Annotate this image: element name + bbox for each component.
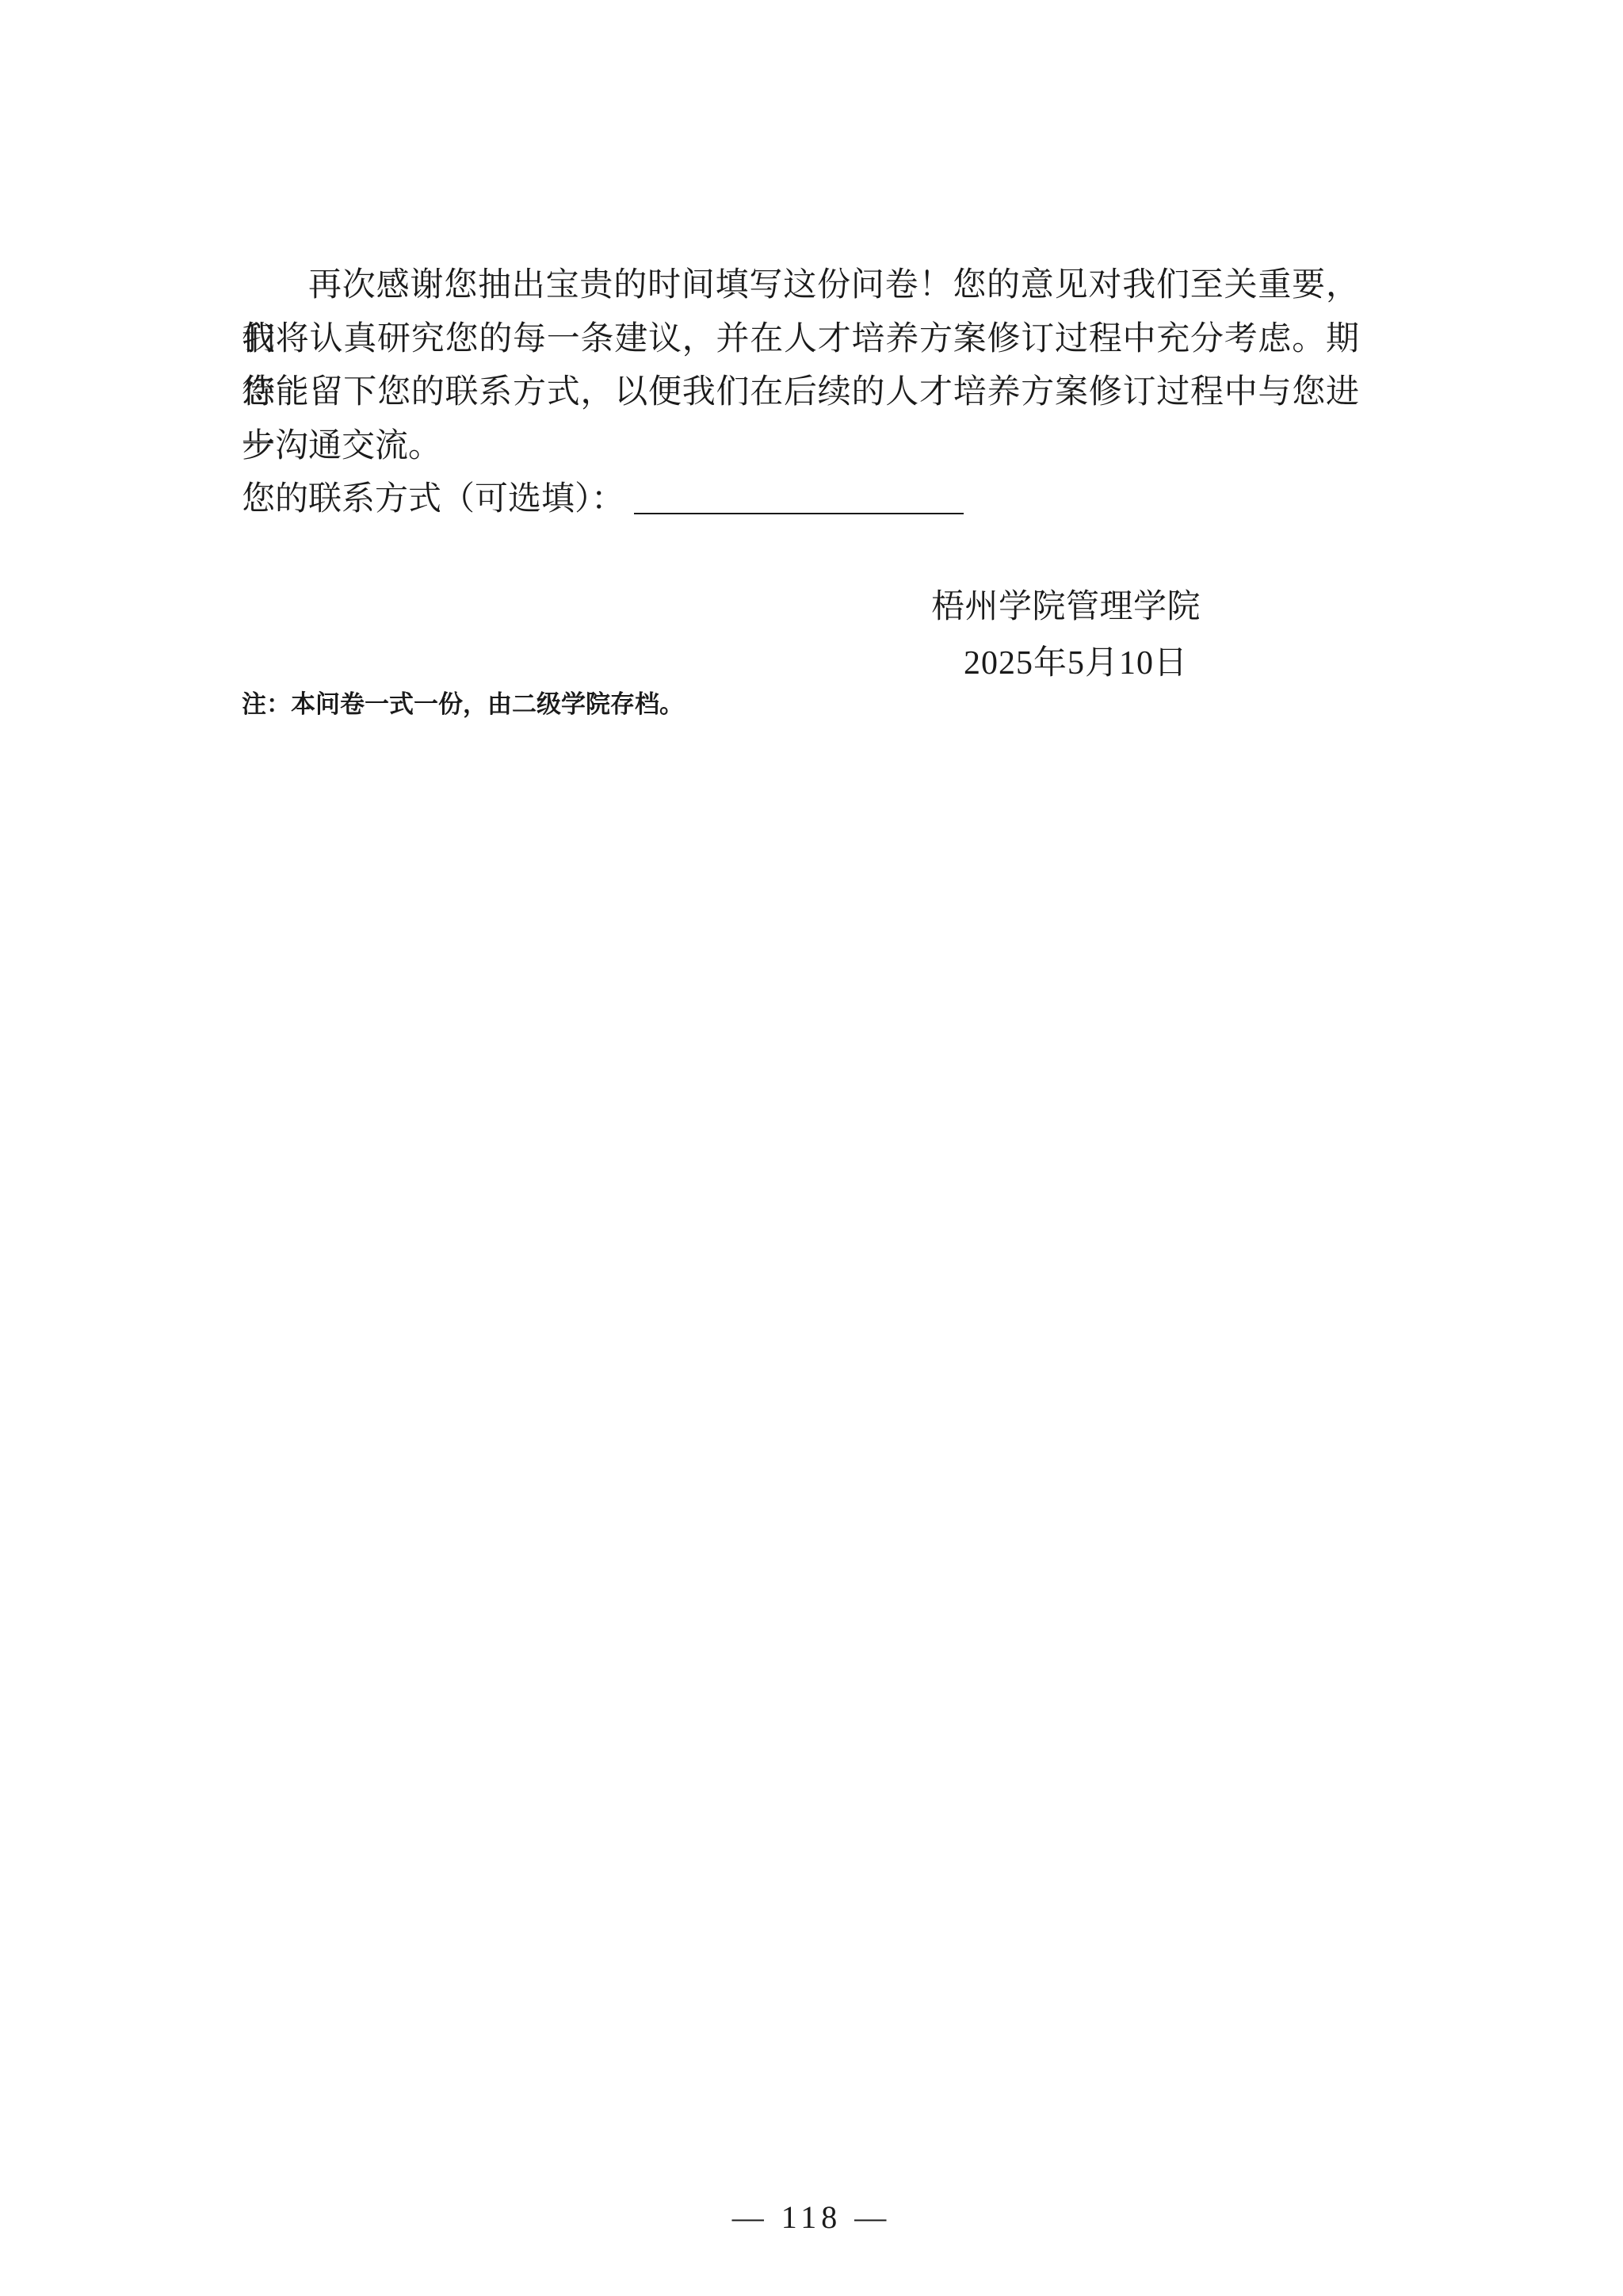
contact-blank-field [634, 513, 964, 514]
document-page: 再次感谢您抽出宝贵的时间填写这份问卷！您的意见对我们至关重要，我 们将认真研究您… [0, 0, 1623, 2296]
contact-line: 您的联系方式（可选填）： [242, 473, 624, 527]
signature-organization: 梧州学院管理学院 [931, 587, 1201, 627]
thank-you-paragraph: 再次感谢您抽出宝贵的时间填写这份问卷！您的意见对我们至关重要，我 们将认真研究您… [242, 259, 1359, 473]
paragraph-line-1: 再次感谢您抽出宝贵的时间填写这份问卷！您的意见对我们至关重要，我 [242, 259, 1359, 313]
contact-label: 您的联系方式（可选填）： [242, 481, 624, 518]
paragraph-line-3: 您能留下您的联系方式，以便我们在后续的人才培养方案修订过程中与您进一 [242, 366, 1359, 420]
paragraph-line-2: 们将认真研究您的每一条建议，并在人才培养方案修订过程中充分考虑。期待 [242, 313, 1359, 367]
paragraph-line-4: 步沟通交流。 [242, 420, 1359, 474]
page-number: — 118 — [0, 2199, 1623, 2237]
archive-note: 注：本问卷一式一份，由二级学院存档。 [242, 689, 684, 720]
signature-date: 2025年5月10日 [964, 644, 1188, 683]
